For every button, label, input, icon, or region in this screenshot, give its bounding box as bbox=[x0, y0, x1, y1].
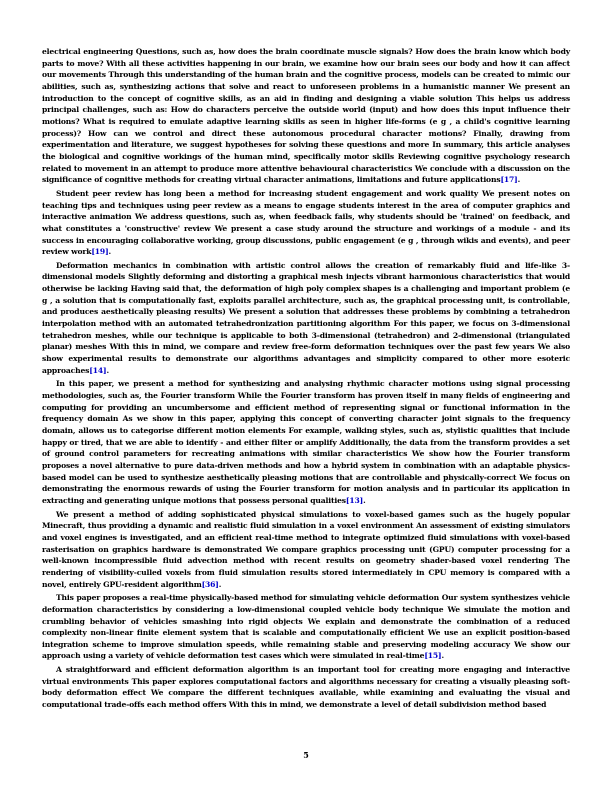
paragraph-text: Student peer review has long been a meth… bbox=[42, 189, 570, 256]
paragraph-suffix: . bbox=[106, 366, 109, 375]
paragraph-fourier-motion: In this paper, we present a method for s… bbox=[42, 378, 570, 506]
page-number: 5 bbox=[0, 750, 612, 760]
citation-link[interactable]: [19] bbox=[91, 247, 108, 256]
paragraph-voxel-fluid: We present a method of adding sophistica… bbox=[42, 509, 570, 591]
paragraph-text: electrical engineering Questions, such a… bbox=[42, 47, 570, 184]
paragraph-suffix: . bbox=[109, 247, 112, 256]
citation-link[interactable]: [13] bbox=[346, 496, 363, 505]
citation-link[interactable]: [36] bbox=[202, 580, 219, 589]
paragraph-vehicle-deformation: This paper proposes a real-time physical… bbox=[42, 592, 570, 662]
paragraph-cognitive-skills: electrical engineering Questions, such a… bbox=[42, 46, 570, 186]
page-body: electrical engineering Questions, such a… bbox=[42, 46, 570, 713]
paragraph-peer-review: Student peer review has long been a meth… bbox=[42, 188, 570, 258]
paragraph-suffix: . bbox=[442, 651, 445, 660]
paragraph-suffix: . bbox=[219, 580, 222, 589]
citation-link[interactable]: [17] bbox=[500, 175, 517, 184]
paragraph-text: Deformation mechanics in combination wit… bbox=[42, 261, 570, 375]
paragraph-deformation-mechanics: Deformation mechanics in combination wit… bbox=[42, 260, 570, 377]
paragraph-text: This paper proposes a real-time physical… bbox=[42, 593, 570, 660]
citation-link[interactable]: [15] bbox=[424, 651, 441, 660]
paragraph-text: We present a method of adding sophistica… bbox=[42, 510, 570, 589]
paragraph-text: In this paper, we present a method for s… bbox=[42, 379, 570, 505]
paragraph-suffix: . bbox=[363, 496, 366, 505]
paragraph-soft-body: A straightforward and efficient deformat… bbox=[42, 664, 570, 711]
paragraph-text: A straightforward and efficient deformat… bbox=[42, 665, 570, 709]
paragraph-suffix: . bbox=[518, 175, 521, 184]
citation-link[interactable]: [14] bbox=[89, 366, 106, 375]
